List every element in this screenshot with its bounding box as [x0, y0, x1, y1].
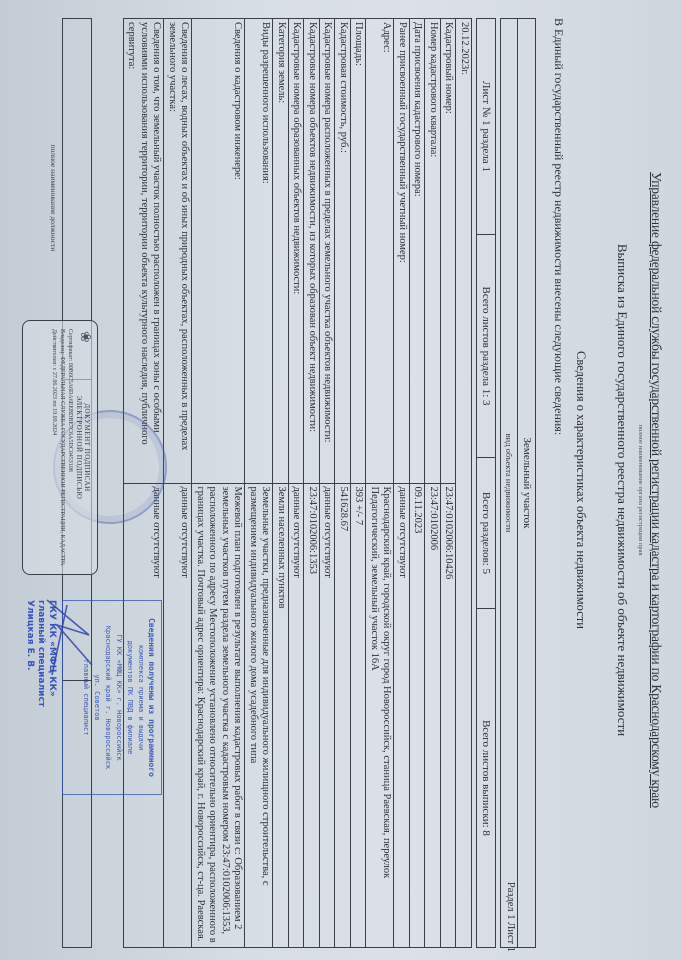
row-value: данные отсутствуют — [394, 483, 410, 948]
stamp-line: Краснодарский край г. Новороссийск — [102, 607, 113, 788]
stamp-line: Улицкая Е. В. — [24, 600, 35, 800]
sheet-number: Лист № 1 раздела 1 — [477, 19, 495, 235]
table-row: Номер кадастрового квартала:23:47:010200… — [425, 19, 441, 948]
row-value: 23:47:0102006:10426 — [441, 483, 457, 948]
row-value: данные отсутствуют — [320, 483, 336, 948]
date-row: 20.12.2023г. — [456, 19, 472, 948]
handwritten-signature-icon — [37, 595, 97, 685]
row-label: Кадастровые номера расположенных в преде… — [320, 19, 336, 484]
esign-validity: Действителен: с 27.06.2023 по 19.09.2024 — [51, 329, 57, 566]
row-label: Кадастровые номера образованных объектов… — [289, 19, 305, 484]
table-row: Дата присвоения кадастрового номера:09.1… — [410, 19, 426, 948]
row-label: Виды разрешенного использования: — [245, 19, 273, 484]
row-value: 23:47:0102006:1353 — [304, 483, 320, 948]
table-row: Ранее присвоенный государственный учетны… — [394, 19, 410, 948]
row-label: Кадастровый номер: — [441, 19, 457, 484]
row-label: Категория земель: — [273, 19, 289, 484]
esign-certificate: Сертификат: 00B6C5A6DA6EEBDBE7C6A5DC0453… — [67, 329, 73, 566]
coat-of-arms-icon: ❀ — [76, 331, 93, 343]
extract-date: 20.12.2023г. — [456, 19, 472, 948]
row-label: Дата присвоения кадастрового номера: — [410, 19, 426, 484]
intro-text: В Единый государственный реестр недвижим… — [551, 18, 566, 435]
row-value: Земельные участки, предназначенные для и… — [245, 483, 273, 948]
row-value: данные отсутствуют — [164, 483, 192, 948]
row-value: данные отсутствуют — [289, 483, 305, 948]
table-row: Кадастровые номера расположенных в преде… — [320, 19, 336, 948]
row-value: Межевой план подготовлен в результате вы… — [192, 483, 245, 948]
table-row: Сведения о кадастровом инженере:Межевой … — [192, 19, 245, 948]
extract-sheets-total: Всего листов выписки: 8 — [477, 609, 495, 947]
stamp-line: документов ПК ПВД в филиале — [124, 607, 135, 788]
stamp-line: комплекса приема и выдачи — [135, 607, 146, 788]
esign-title-2: ЭЛЕКТРОННОЙ ПОДПИСЬЮ — [75, 329, 83, 566]
issuing-authority: Управление федеральной службы государств… — [648, 150, 664, 830]
object-type-box: Земельный участок вид объекта недвижимос… — [500, 18, 536, 948]
row-label: Адрес: — [366, 19, 394, 484]
row-label: Кадастровая стоимость, руб.: — [335, 19, 351, 484]
row-value: Земли населенных пунктов — [273, 483, 289, 948]
row-label: Ранее присвоенный государственный учетны… — [394, 19, 410, 484]
row-label: Кадастровые номера объектов недвижимости… — [304, 19, 320, 484]
table-row: Кадастровые номера объектов недвижимости… — [304, 19, 320, 948]
table-row: Сведения о лесах, водных объектах и об и… — [164, 19, 192, 948]
issuing-authority-caption: полное наименование органа регистрации п… — [637, 150, 644, 830]
document-title: Выписка из Единого государственного реес… — [614, 150, 630, 830]
row-label: Площадь: — [351, 19, 367, 484]
property-details-table: 20.12.2023г. Кадастровый номер:23:47:010… — [123, 18, 472, 948]
table-row: Площадь:393 +/- 7 — [351, 19, 367, 948]
table-row: Кадастровые номера образованных объектов… — [289, 19, 305, 948]
row-label: Номер кадастрового квартала: — [425, 19, 441, 484]
stamp-line: ГУ КК «МФЦ КК» г. Новороссийск — [113, 607, 124, 788]
table-row: Виды разрешенного использования:Земельны… — [245, 19, 273, 948]
esign-title-1: ДОКУМЕНТ ПОДПИСАН — [83, 329, 91, 566]
table-row: Кадастровая стоимость, руб.:541628.67 — [335, 19, 351, 948]
table-row: Категория земель:Земли населенных пункто… — [273, 19, 289, 948]
row-value: 393 +/- 7 — [351, 483, 367, 948]
esign-owner: Владелец: ФЕДЕРАЛЬНАЯ СЛУЖБА ГОСУДАРСТВЕ… — [59, 329, 65, 566]
document-subtitle: Сведения о характеристиках объекта недви… — [573, 150, 588, 830]
row-value: 09.11.2023 — [410, 483, 426, 948]
egrn-extract-page: Управление федеральной службы государств… — [0, 0, 682, 960]
row-label: Сведения о кадастровом инженере: — [192, 19, 245, 484]
object-type-caption: вид объекта недвижимости — [500, 19, 517, 947]
row-value: Краснодарский край, городской округ горо… — [366, 483, 394, 948]
electronic-signature-box: ❀ ДОКУМЕНТ ПОДПИСАН ЭЛЕКТРОННОЙ ПОДПИСЬЮ… — [22, 320, 98, 575]
section-sheets-total: Всего листов раздела 1: 3 — [477, 235, 495, 458]
row-value: 23:47:0102006 — [425, 483, 441, 948]
row-label: Сведения о лесах, водных объектах и об и… — [164, 19, 192, 484]
stamp-line: Сведения получены из программного — [146, 607, 157, 788]
sections-total: Всего разделов: 5 — [477, 458, 495, 609]
row-value: 541628.67 — [335, 483, 351, 948]
table-row: Кадастровый номер:23:47:0102006:10426 — [441, 19, 457, 948]
sheet-info-row: Лист № 1 раздела 1 Всего листов раздела … — [476, 18, 496, 948]
object-type: Земельный участок — [517, 19, 535, 947]
table-row: Адрес:Краснодарский край, городской окру… — [366, 19, 394, 948]
